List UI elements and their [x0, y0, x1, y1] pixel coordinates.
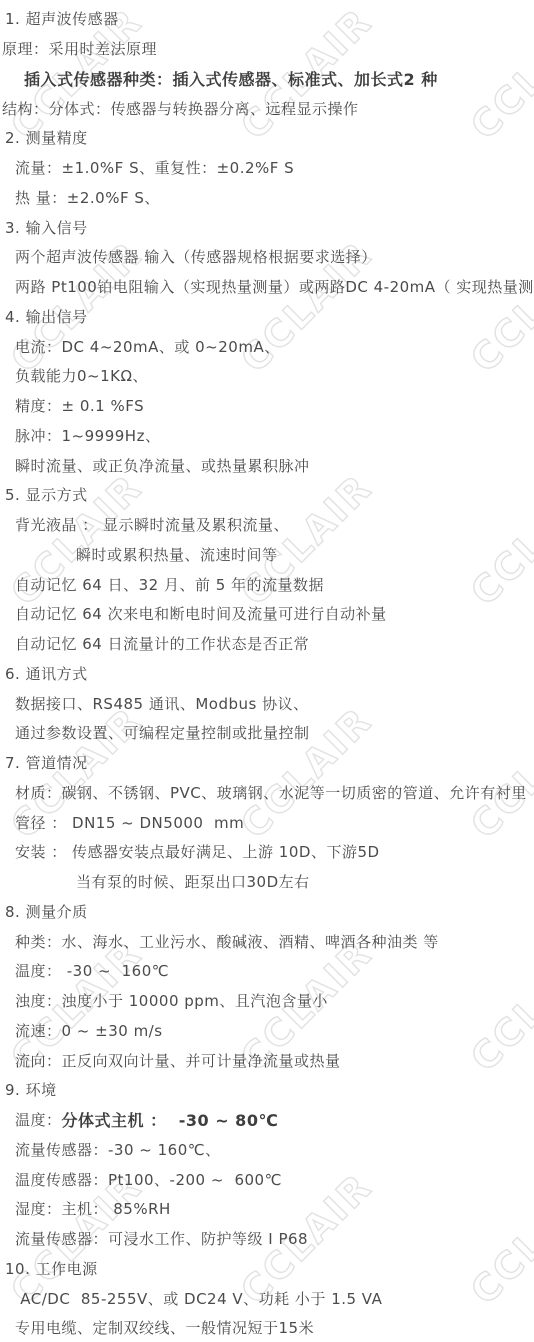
- spec-line: 脉冲：1~9999Hz、: [0, 421, 534, 451]
- spec-text: 插入式传感器种类：插入式传感器、标准式、加长式2 种: [24, 67, 438, 90]
- spec-text: 3. 输入信号: [5, 217, 88, 238]
- spec-text: 瞬时流量、或正负净流量、或热量累积脉冲: [15, 455, 310, 476]
- spec-text: 浊度：浊度小于 10000 ppm、且汽泡含量小: [15, 990, 328, 1011]
- spec-line: 4. 输出信号: [0, 302, 534, 332]
- spec-line: 安装 ： 传感器安装点最好满足、上游 10D、下游5D: [0, 837, 534, 867]
- spec-line: 温度： -30 ~ 160℃: [0, 956, 534, 986]
- spec-line: 流向：正反向双向计量、并可计量净流量或热量: [0, 1045, 534, 1075]
- spec-line: 插入式传感器种类：插入式传感器、标准式、加长式2 种: [0, 64, 534, 94]
- spec-text-bold: 分体式主机 ： -30 ~ 80℃: [62, 1108, 279, 1131]
- spec-line: 1. 超声波传感器: [0, 4, 534, 34]
- spec-line: 6. 通讯方式: [0, 659, 534, 689]
- spec-text: 流速：0 ~ ±30 m/s: [15, 1020, 163, 1041]
- spec-line: 两个超声波传感器 输入（传感器规格根据要求选择）: [0, 242, 534, 272]
- spec-text: 9. 环境: [5, 1079, 57, 1100]
- spec-line: 浊度：浊度小于 10000 ppm、且汽泡含量小: [0, 986, 534, 1016]
- spec-text: 管径 ： DN15 ~ DN5000 mm: [15, 812, 244, 833]
- spec-line: 数据接口、RS485 通讯、Modbus 协议、: [0, 688, 534, 718]
- spec-line: 负载能力0~1KΩ、: [0, 361, 534, 391]
- spec-line: 热 量：±2.0%F S、: [0, 183, 534, 213]
- spec-text: 温度：: [15, 1109, 62, 1130]
- spec-line: 2. 测量精度: [0, 123, 534, 153]
- spec-line: 湿度：主机： 85%RH: [0, 1194, 534, 1224]
- spec-text: 流量传感器：可浸水工作、防护等级 I P68: [15, 1228, 308, 1249]
- spec-line: 自动记忆 64 日流量计的工作状态是否正常: [0, 629, 534, 659]
- spec-text: 流量传感器：-30 ~ 160℃、: [15, 1139, 221, 1160]
- spec-line: 自动记忆 64 次来电和断电时间及流量可进行自动补量: [0, 599, 534, 629]
- spec-text: 精度：± 0.1 %FS: [15, 395, 144, 416]
- spec-line: 原理：采用时差法原理: [0, 34, 534, 64]
- spec-text: 2. 测量精度: [5, 127, 88, 148]
- spec-line: 结构：分体式：传感器与转换器分离、远程显示操作: [0, 93, 534, 123]
- spec-line: 背光液晶 ： 显示瞬时流量及累积流量、: [0, 510, 534, 540]
- spec-line: 流量传感器：可浸水工作、防护等级 I P68: [0, 1224, 534, 1254]
- spec-text: 数据接口、RS485 通讯、Modbus 协议、: [15, 693, 309, 714]
- spec-text: 种类：水、海水、工业污水、酸碱液、酒精、啤酒各种油类 等: [15, 931, 439, 952]
- spec-text: 脉冲：1~9999Hz、: [15, 425, 160, 446]
- spec-text: 流向：正反向双向计量、并可计量净流量或热量: [15, 1050, 341, 1071]
- spec-text: 自动记忆 64 日流量计的工作状态是否正常: [15, 633, 309, 654]
- spec-text: AC/DC 85-255V、或 DC24 V、功耗 小于 1.5 VA: [15, 1288, 382, 1309]
- spec-line: 9. 环境: [0, 1075, 534, 1105]
- spec-line: 通过参数设置、可编程定量控制或批量控制: [0, 718, 534, 748]
- spec-line: 自动记忆 64 日、32 月、前 5 年的流量数据: [0, 569, 534, 599]
- spec-line: 瞬时流量、或正负净流量、或热量累积脉冲: [0, 450, 534, 480]
- spec-text: 原理：采用时差法原理: [2, 38, 157, 59]
- spec-line: 7. 管道情况: [0, 748, 534, 778]
- spec-text: 负载能力0~1KΩ、: [15, 365, 148, 386]
- spec-text: 10. 工作电源: [5, 1258, 98, 1279]
- spec-text: 8. 测量介质: [5, 901, 88, 922]
- spec-text: 安装 ： 传感器安装点最好满足、上游 10D、下游5D: [15, 841, 380, 862]
- spec-text: 瞬时或累积热量、流速时间等: [76, 544, 278, 565]
- spec-text: 通过参数设置、可编程定量控制或批量控制: [15, 722, 310, 743]
- spec-text: 7. 管道情况: [5, 752, 88, 773]
- spec-text: 自动记忆 64 日、32 月、前 5 年的流量数据: [15, 574, 324, 595]
- spec-text: 流量：±1.0%F S、重复性：±0.2%F S: [15, 157, 294, 178]
- spec-line: 3. 输入信号: [0, 212, 534, 242]
- spec-line: 温度传感器：Pt100、-200 ~ 600℃: [0, 1164, 534, 1194]
- spec-text: 自动记忆 64 次来电和断电时间及流量可进行自动补量: [15, 603, 387, 624]
- spec-line: 流量：±1.0%F S、重复性：±0.2%F S: [0, 153, 534, 183]
- spec-document: CCLAIRCCLAIRCCLAIRCCLAIRCCLAIRCCLAIRCCLA…: [0, 0, 534, 1342]
- spec-line: 两路 Pt100铂电阻输入（实现热量测量）或两路DC 4-20mA（ 实现热量测…: [0, 272, 534, 302]
- spec-text: 材质：碳钢、不锈钢、PVC、玻璃钢、水泥等一切质密的管道、允许有衬里: [15, 782, 527, 803]
- spec-content: 1. 超声波传感器原理：采用时差法原理插入式传感器种类：插入式传感器、标准式、加…: [0, 0, 534, 1342]
- spec-line: 种类：水、海水、工业污水、酸碱液、酒精、啤酒各种油类 等: [0, 926, 534, 956]
- spec-line: 流量传感器：-30 ~ 160℃、: [0, 1135, 534, 1165]
- spec-line: 流速：0 ~ ±30 m/s: [0, 1016, 534, 1046]
- spec-text: 当有泵的时候、距泵出口30D左右: [76, 871, 310, 892]
- spec-line: 5. 显示方式: [0, 480, 534, 510]
- spec-text: 1. 超声波传感器: [5, 8, 119, 29]
- spec-text: 热 量：±2.0%F S、: [15, 187, 160, 208]
- spec-line: 10. 工作电源: [0, 1254, 534, 1284]
- spec-text: 湿度：主机： 85%RH: [15, 1198, 171, 1219]
- spec-text: 两路 Pt100铂电阻输入（实现热量测量）或两路DC 4-20mA（ 实现热量测…: [15, 276, 534, 297]
- spec-line: 精度：± 0.1 %FS: [0, 391, 534, 421]
- spec-line: 8. 测量介质: [0, 897, 534, 927]
- spec-line: 电流：DC 4~20mA、或 0~20mA、: [0, 331, 534, 361]
- spec-line: 材质：碳钢、不锈钢、PVC、玻璃钢、水泥等一切质密的管道、允许有衬里: [0, 778, 534, 808]
- spec-line: 专用电缆、定制双绞线、一般情况短于15米: [0, 1313, 534, 1342]
- spec-text: 温度传感器：Pt100、-200 ~ 600℃: [15, 1169, 282, 1190]
- spec-line: AC/DC 85-255V、或 DC24 V、功耗 小于 1.5 VA: [0, 1283, 534, 1313]
- spec-line: 温度：分体式主机 ： -30 ~ 80℃: [0, 1105, 534, 1135]
- spec-text: 5. 显示方式: [5, 484, 88, 505]
- spec-text: 4. 输出信号: [5, 306, 88, 327]
- spec-line: 管径 ： DN15 ~ DN5000 mm: [0, 807, 534, 837]
- spec-text: 电流：DC 4~20mA、或 0~20mA、: [15, 336, 280, 357]
- spec-text: 两个超声波传感器 输入（传感器规格根据要求选择）: [15, 246, 377, 267]
- spec-text: 背光液晶 ： 显示瞬时流量及累积流量、: [15, 514, 289, 535]
- spec-line: 瞬时或累积热量、流速时间等: [0, 540, 534, 570]
- spec-line: 当有泵的时候、距泵出口30D左右: [0, 867, 534, 897]
- spec-text: 6. 通讯方式: [5, 663, 88, 684]
- spec-text: 结构：分体式：传感器与转换器分离、远程显示操作: [2, 98, 359, 119]
- spec-text: 专用电缆、定制双绞线、一般情况短于15米: [15, 1317, 314, 1338]
- spec-text: 温度： -30 ~ 160℃: [15, 960, 169, 981]
